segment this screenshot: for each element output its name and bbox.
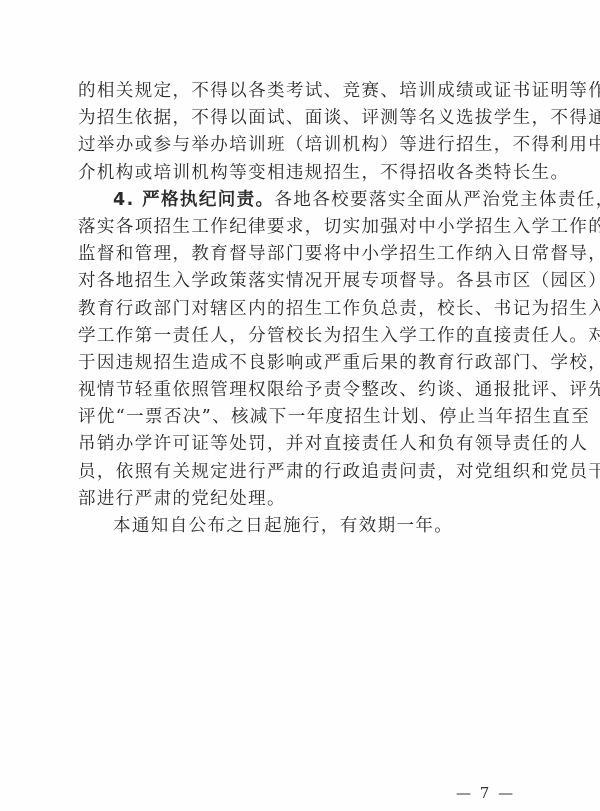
section-heading: 4. 严格执纪问责。 <box>113 190 274 210</box>
text-line: 对各地招生入学政策落实情况开展专项督导。各县市区（园区） <box>78 268 524 295</box>
text-line: 为招生依据，不得以面试、面谈、评测等名义选拔学生，不得通 <box>78 105 524 132</box>
text-line: 教育行政部门对辖区内的招生工作负总责，校长、书记为招生入 <box>78 296 524 323</box>
paragraph-heading-line: 4. 严格执纪问责。各地各校要落实全面从严治党主体责任， <box>78 187 524 214</box>
text-line: 介机构或培训机构等变相违规招生，不得招收各类特长生。 <box>78 160 524 187</box>
text-line: 的相关规定，不得以各类考试、竞赛、培训成绩或证书证明等作 <box>78 78 524 105</box>
text-line: 学工作第一责任人，分管校长为招生入学工作的直接责任人。对 <box>78 323 524 350</box>
text-line: 落实各项招生工作纪律要求，切实加强对中小学招生入学工作的 <box>78 214 524 241</box>
text-line: 评优“一票否决”、核减下一年度招生计划、停止当年招生直至 <box>78 404 524 431</box>
text-line: 监督和管理，教育督导部门要将中小学招生工作纳入日常督导， <box>78 241 524 268</box>
text-line: 视情节轻重依照管理权限给予责令整改、约谈、通报批评、评先 <box>78 377 524 404</box>
text-span: 各地各校要落实全面从严治党主体责任， <box>274 190 600 210</box>
text-line: 本通知自公布之日起施行，有效期一年。 <box>78 513 524 540</box>
text-line: 过举办或参与举办培训班（培训机构）等进行招生，不得利用中 <box>78 132 524 159</box>
document-body: 的相关规定，不得以各类考试、竞赛、培训成绩或证书证明等作 为招生依据，不得以面试… <box>78 78 524 540</box>
document-page: 的相关规定，不得以各类考试、竞赛、培训成绩或证书证明等作 为招生依据，不得以面试… <box>0 0 600 811</box>
text-line: 于因违规招生造成不良影响或严重后果的教育行政部门、学校， <box>78 350 524 377</box>
text-line: 吊销办学许可证等处罚，并对直接责任人和负有领导责任的人 <box>78 431 524 458</box>
text-line: 部进行严肃的党纪处理。 <box>78 486 524 513</box>
page-number: — 7 — <box>456 784 515 802</box>
text-line: 员，依照有关规定进行严肃的行政追责问责，对党组织和党员干 <box>78 459 524 486</box>
